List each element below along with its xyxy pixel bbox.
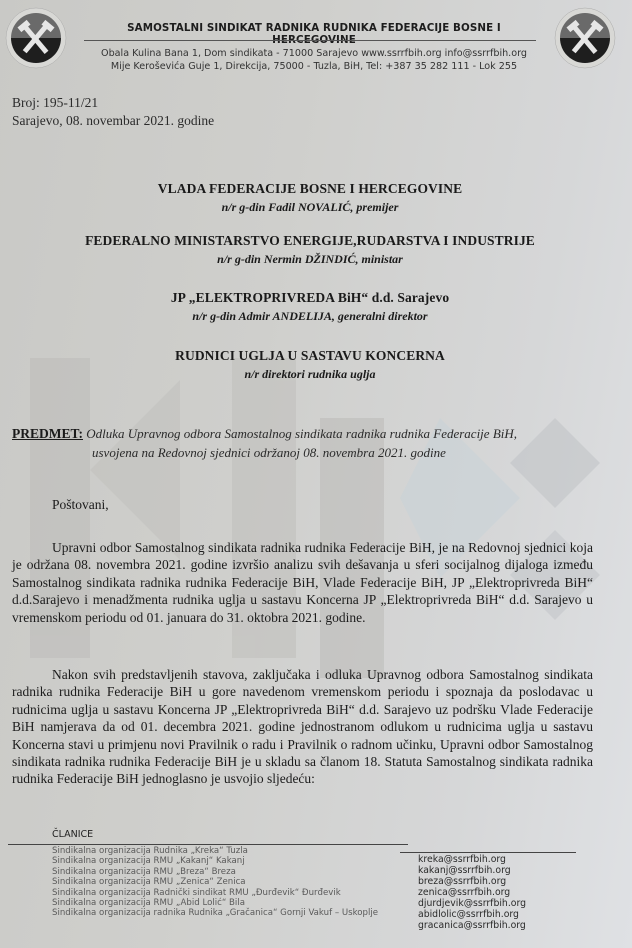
recipient-attention: n/r g-din Admir ANDELIJA, generalni dire…: [60, 309, 560, 324]
member-item: Sindikalna organizacija RMU „Breza“ Brez…: [52, 867, 378, 877]
body-paragraph: Nakon svih predstavljenih stavova, zaklj…: [12, 666, 593, 788]
member-list: Sindikalna organizacija Rudnika „Kreka“ …: [52, 846, 378, 919]
recipient-block: FEDERALNO MINISTARSTVO ENERGIJE,RUDARSTV…: [60, 233, 560, 267]
members-title: ČLANICE: [52, 829, 93, 840]
place-date: Sarajevo, 08. novembar 2021. godine: [12, 113, 214, 129]
organization-name: SAMOSTALNI SINDIKAT RADNIKA RUDNIKA FEDE…: [84, 22, 544, 46]
recipient-attention: n/r g-din Nermin DŽINDIĆ, ministar: [60, 252, 560, 267]
recipient-attention: n/r direktori rudnika uglja: [60, 367, 560, 382]
recipient-block: RUDNICI UGLJA U SASTAVU KONCERNA n/r dir…: [60, 348, 560, 382]
recipient-name: JP „ELEKTROPRIVREDA BiH“ d.d. Sarajevo: [60, 290, 560, 306]
member-item: Sindikalna organizacija RMU „Abid Lolić“…: [52, 898, 378, 908]
reference-number: Broj: 195-11/21: [12, 95, 98, 111]
member-item: Sindikalna organizacija Rudnika „Kreka“ …: [52, 846, 378, 856]
greeting: Poštovani,: [52, 497, 109, 513]
subject-label: PREDMET:: [12, 426, 83, 441]
recipient-name: RUDNICI UGLJA U SASTAVU KONCERNA: [60, 348, 560, 364]
footer-divider: [8, 844, 408, 845]
body-paragraph: Upravni odbor Samostalnog sindikata radn…: [12, 539, 593, 626]
member-email: abidlolic@ssrrfbih.org: [418, 909, 526, 920]
recipient-block: JP „ELEKTROPRIVREDA BiH“ d.d. Sarajevo n…: [60, 290, 560, 324]
union-logo-right: [553, 6, 617, 70]
subject-line-1: Odluka Upravnog odbora Samostalnog sindi…: [86, 426, 517, 441]
member-email: kreka@ssrrfbih.org: [418, 854, 526, 865]
watermark-graphic: [0, 0, 632, 948]
footer-divider: [400, 852, 576, 853]
recipient-name: VLADA FEDERACIJE BOSNE I HERCEGOVINE: [60, 181, 560, 197]
union-logo-left: [4, 6, 68, 70]
member-item: Sindikalna organizacija Radnički sindika…: [52, 888, 378, 898]
member-email: djurdjevik@ssrrfbih.org: [418, 898, 526, 909]
address-line-1: Obala Kulina Bana 1, Dom sindikata - 710…: [84, 48, 544, 59]
member-email: breza@ssrrfbih.org: [418, 876, 526, 887]
member-email: zenica@ssrrfbih.org: [418, 887, 526, 898]
member-email: gracanica@ssrrfbih.org: [418, 920, 526, 931]
member-item: Sindikalna organizacija RMU „Zenica“ Zen…: [52, 877, 378, 887]
address-line-2: Mije Keroševića Guje 1, Direkcija, 75000…: [84, 61, 544, 72]
subject: PREDMET: Odluka Upravnog odbora Samostal…: [12, 424, 612, 462]
member-email: kakanj@ssrrfbih.org: [418, 865, 526, 876]
recipient-attention: n/r g-din Fadil NOVALIĆ, premijer: [60, 200, 560, 215]
letterhead-divider: [84, 40, 536, 41]
recipient-name: FEDERALNO MINISTARSTVO ENERGIJE,RUDARSTV…: [60, 233, 560, 249]
member-email-list: kreka@ssrrfbih.org kakanj@ssrrfbih.org b…: [418, 854, 526, 931]
member-item: Sindikalna organizacija radnika Rudnika …: [52, 908, 378, 918]
subject-line-2: usvojena na Redovnoj sjednici održanoj 0…: [12, 443, 612, 462]
recipient-block: VLADA FEDERACIJE BOSNE I HERCEGOVINE n/r…: [60, 181, 560, 215]
member-item: Sindikalna organizacija RMU „Kakanj“ Kak…: [52, 856, 378, 866]
